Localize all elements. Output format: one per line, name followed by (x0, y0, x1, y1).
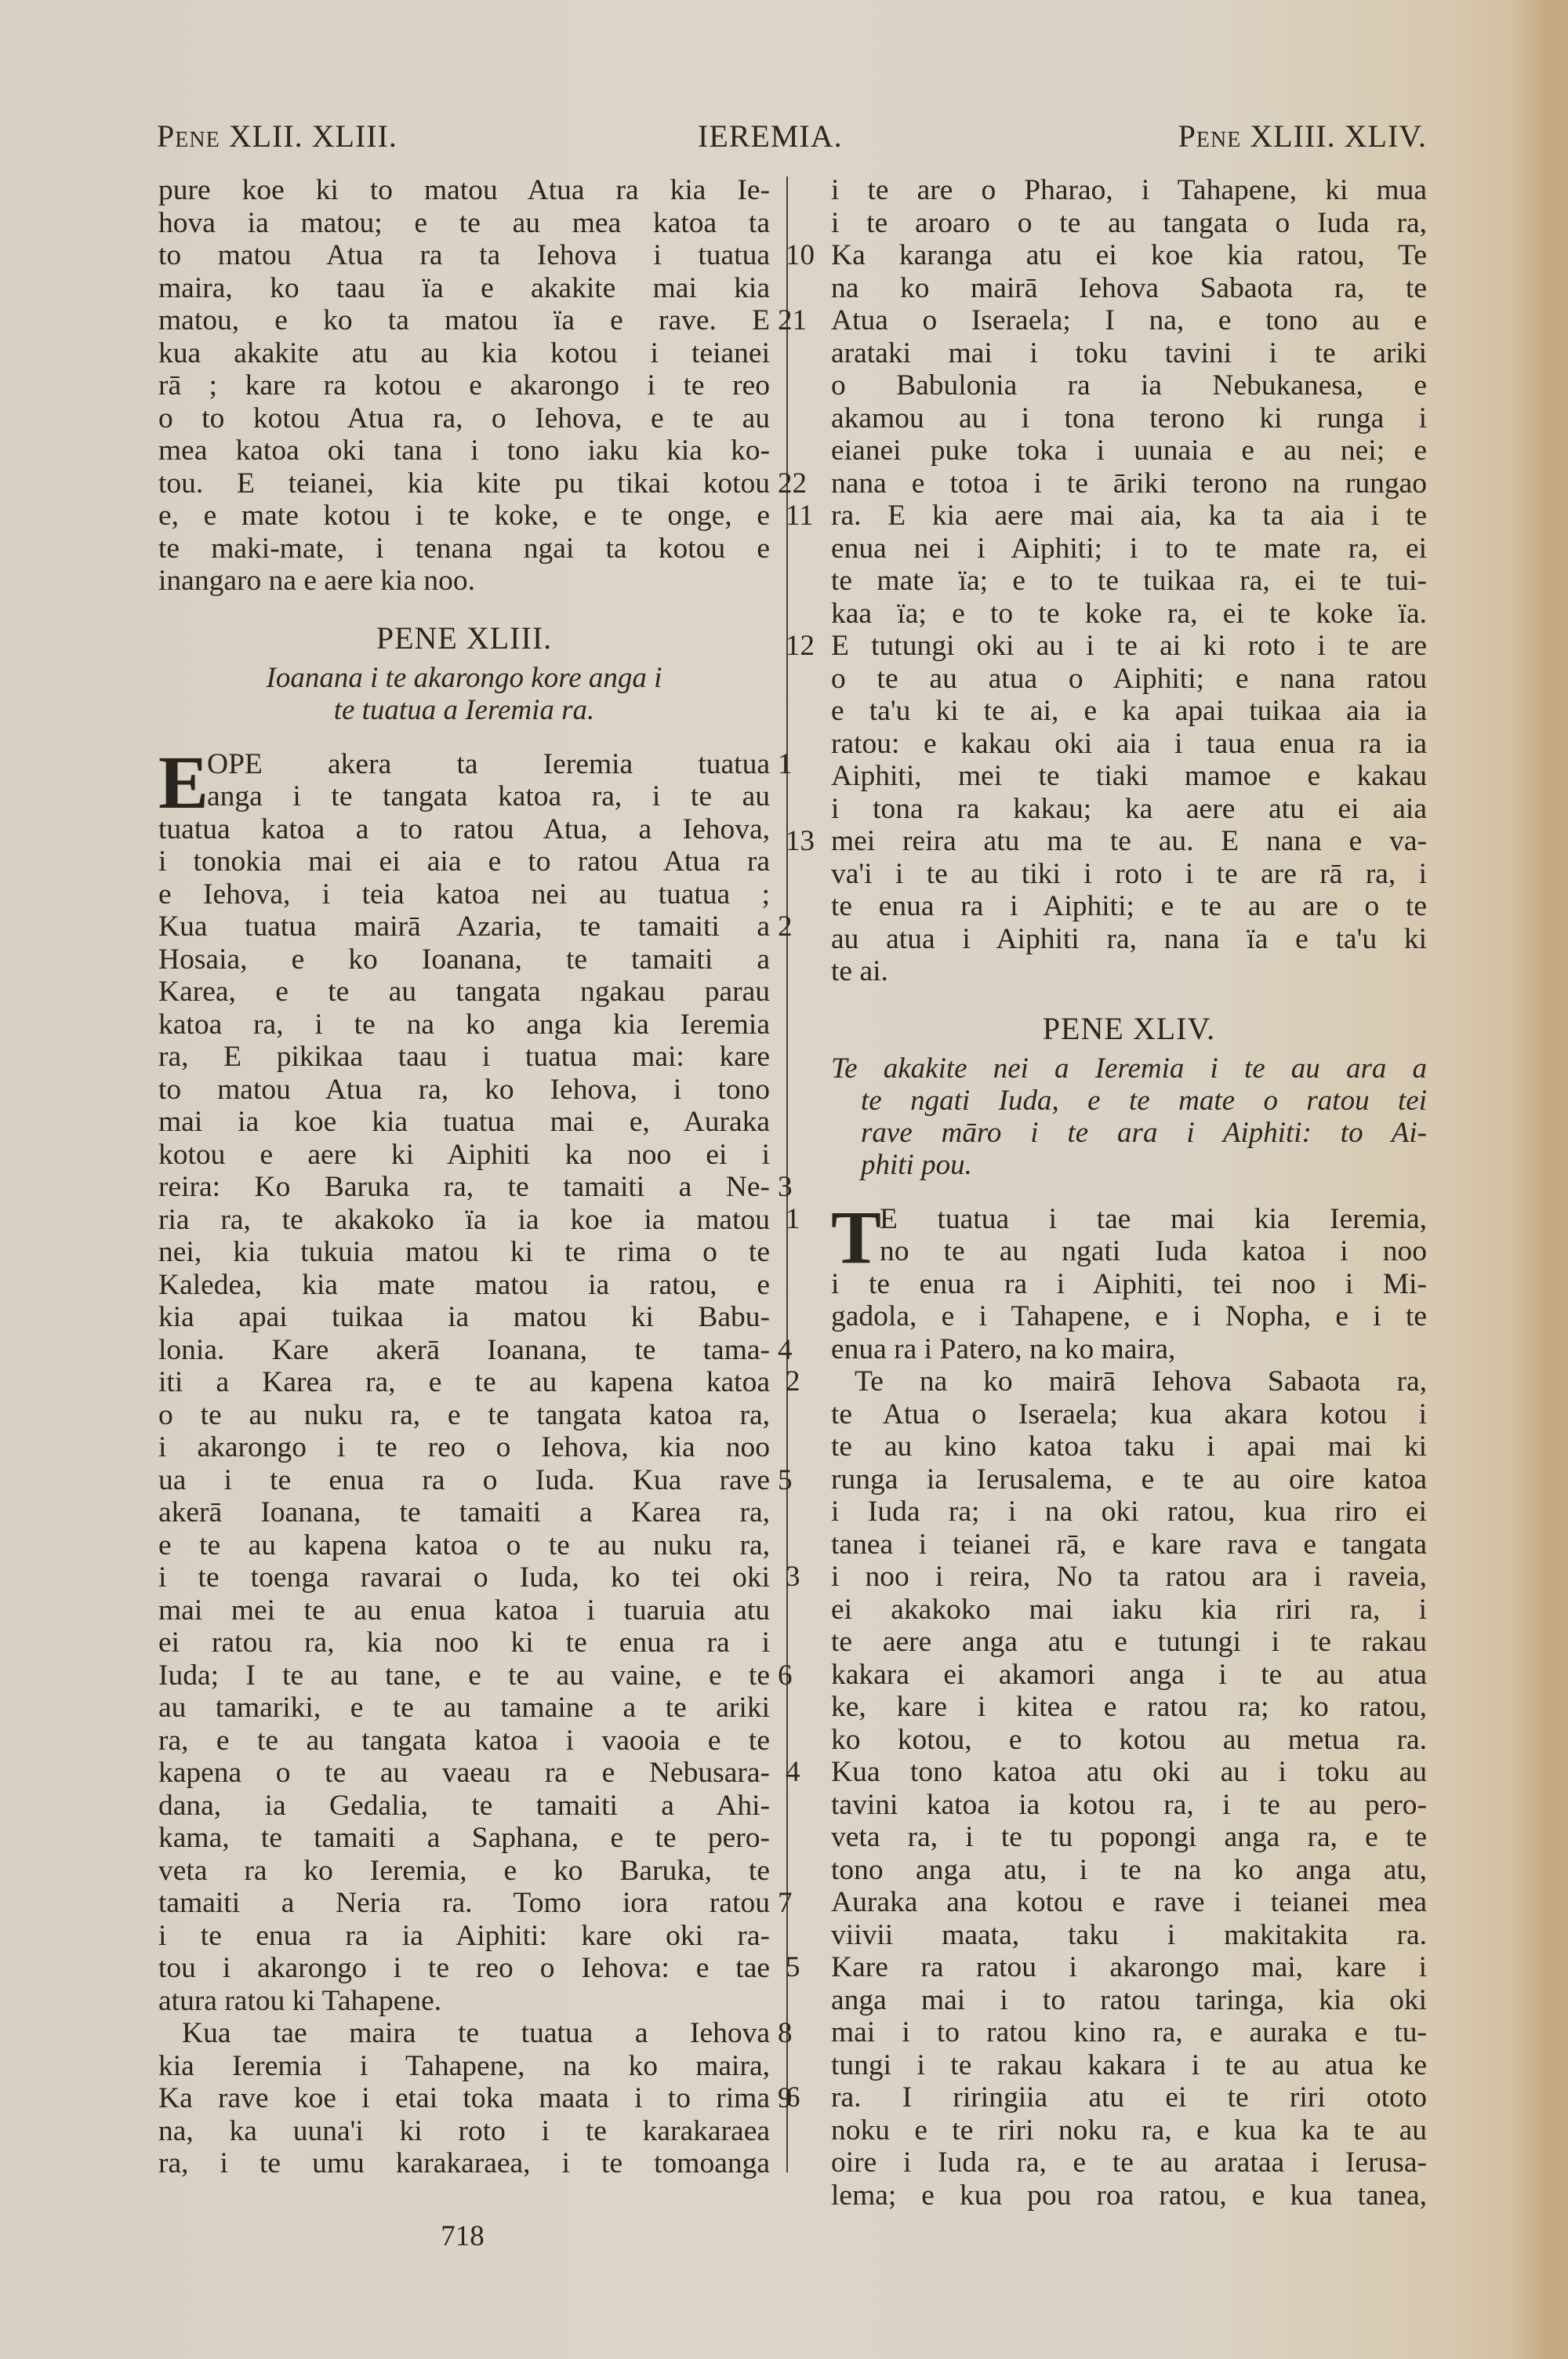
text-line: E tuatua i tae mai kia Ieremia,1 (831, 1203, 1427, 1236)
text-line: maira, ko taau ïa e akakite mai kia (158, 272, 770, 305)
line-text: anga mai i to ratou taringa, kia oki (831, 1984, 1427, 2016)
line-text: E tuatua i tae mai kia Ieremia, (880, 1203, 1427, 1235)
summary-line: te tuatua a Ieremia ra. (158, 694, 770, 726)
line-text: tungi i te rakau kakara i te au atua ke (831, 2049, 1427, 2081)
text-line: matou, e ko ta matou ïa e rave. E21 (158, 304, 770, 337)
verse-number: 6 (786, 2081, 825, 2114)
line-text: no te au ngati Iuda katoa i noo (880, 1235, 1427, 1267)
line-text: Kua tuatua mairā Azaria, te tamaiti a (158, 911, 770, 943)
verse-number: 8 (778, 2017, 825, 2050)
text-line: runga ia Ierusalema, e te au oire katoa (831, 1463, 1427, 1496)
text-line: e te au kapena katoa o te au nuku ra, (158, 1529, 770, 1562)
line-text: Auraka ana kotou e rave i teianei mea (831, 1886, 1427, 1918)
text-line: i te enua ra ia Aiphiti: kare oki ra- (158, 1920, 770, 1953)
line-text: Kare ra ratou i akarongo mai, kare i (831, 1951, 1427, 1983)
right-column: i te are o Pharao, i Tahapene, ki muai t… (831, 174, 1427, 2212)
text-line: mai i to ratou kino ra, e auraka e tu- (831, 2016, 1427, 2049)
text-line: i akarongo i te reo o Iehova, kia noo (158, 1431, 770, 1464)
text-line: anga i te tangata katoa ra, i te au (158, 780, 770, 813)
line-text: tanea i teianei rā, e kare rava e tangat… (831, 1528, 1427, 1561)
text-line: Ka karanga atu ei koe kia ratou, Te10 (831, 239, 1427, 272)
line-text: gadola, e i Tahapene, e i Nopha, e i te (831, 1300, 1427, 1332)
text-line: Kua tuatua mairā Azaria, te tamaiti a2 (158, 911, 770, 943)
line-text: maira, ko taau ïa e akakite mai kia (158, 272, 770, 304)
text-line: anga mai i to ratou taringa, kia oki (831, 1984, 1427, 2017)
text-line: te Atua o Iseraela; kua akara kotou i (831, 1398, 1427, 1431)
text-line: ko kotou, e to kotou au metua ra. (831, 1724, 1427, 1757)
line-text: pure koe ki to matou Atua ra kia Ie- (158, 174, 770, 206)
text-line: ke, kare i kitea e ratou ra; ko ratou, (831, 1691, 1427, 1724)
text-line: te mate ïa; e to te tuikaa ra, ei te tui… (831, 565, 1427, 598)
line-text: kakara ei akamori anga i te au atua (831, 1659, 1427, 1691)
line-text: lema; e kua pou roa ratou, e kua tanea, (831, 2179, 1427, 2212)
line-text: Kua tae maira te tuatua a Iehova (182, 2017, 770, 2049)
line-text: mea katoa oki tana i tono iaku kia ko- (158, 434, 770, 467)
text-line: pure koe ki to matou Atua ra kia Ie- (158, 174, 770, 207)
verse-number: 3 (778, 1171, 825, 1204)
text-line: ra. E kia aere mai aia, ka ta aia i te11 (831, 500, 1427, 533)
line-text: Iuda; I te au tane, e te au vaine, e te (158, 1659, 770, 1692)
text-line: Kaledea, kia mate matou ia ratou, e (158, 1269, 770, 1302)
text-line: i tona ra kakau; ka aere atu ei aia (831, 793, 1427, 826)
text-line: Hosaia, e ko Ioanana, te tamaiti a (158, 943, 770, 976)
text-line: mai mei te au enua katoa i tuaruia atu (158, 1594, 770, 1627)
header-left-chapters: Pene XLII. XLIII. (157, 118, 397, 154)
text-line: Kua tae maira te tuatua a Iehova8 (158, 2017, 770, 2050)
text-line: arataki mai i toku tavini i te ariki (831, 337, 1427, 370)
text-line: e, e mate kotou i te koke, e te onge, e (158, 500, 770, 533)
text-line: Kua tono katoa atu oki au i toku au4 (831, 1756, 1427, 1789)
line-text: i te toenga ravarai o Iuda, ko tei oki (158, 1561, 770, 1594)
summary-line: Te akakite nei a Ieremia i te au ara a (831, 1052, 1427, 1085)
scanned-book-page: Pene XLII. XLIII. IEREMIA. Pene XLIII. X… (0, 0, 1568, 2359)
line-text: mai mei te au enua katoa i tuaruia atu (158, 1594, 770, 1627)
line-text: va'i i te au tiki i roto i te are rā ra,… (831, 858, 1427, 890)
summary-line: te ngati Iuda, e te mate o ratou tei (831, 1085, 1427, 1117)
text-line: akerā Ioanana, te tamaiti a Karea ra, (158, 1496, 770, 1529)
text-line: katoa ra, i te na ko anga kia Ieremia (158, 1009, 770, 1041)
text-line: kia Ieremia i Tahapene, na ko maira, (158, 2050, 770, 2083)
chapter-44-verses: i te enua ra i Aiphiti, tei noo i Mi-gad… (831, 1268, 1427, 2212)
line-text: te aere anga atu e tutungi i te rakau (831, 1626, 1427, 1658)
line-text: au tamariki, e te au tamaine a te ariki (158, 1692, 770, 1724)
chapter-44-opening: T E tuatua i tae mai kia Ieremia,1no te … (831, 1203, 1427, 1268)
text-line: i noo i reira, No ta ratou ara i raveia,… (831, 1561, 1427, 1594)
text-line: tanea i teianei rā, e kare rava e tangat… (831, 1528, 1427, 1561)
line-text: lonia. Kare akerā Ioanana, te tama- (158, 1334, 770, 1366)
line-text: i te are o Pharao, i Tahapene, ki mua (831, 174, 1427, 206)
text-line: te ai. (831, 955, 1427, 988)
line-text: Ka rave koe i etai toka maata i to rima (158, 2082, 770, 2114)
line-text: veta ra, i te tu popongi anga ra, e te (831, 1821, 1427, 1853)
text-line: i te are o Pharao, i Tahapene, ki mua (831, 174, 1427, 207)
line-text: na ko mairā Iehova Sabaota ra, te (831, 272, 1427, 304)
text-line: ra, i te umu karakaraea, i te tomoanga (158, 2147, 770, 2180)
line-text: Kua tono katoa atu oki au i toku au (831, 1756, 1427, 1788)
text-line: ra. I riringiia atu ei te riri ototo6 (831, 2081, 1427, 2114)
line-text: ei ratou ra, kia noo ki te enua ra i (158, 1627, 770, 1659)
text-line: kua akakite atu au kia kotou i teianei (158, 337, 770, 370)
verse-number: 2 (778, 911, 825, 943)
line-text: Te na ko mairā Iehova Sabaota ra, (855, 1365, 1427, 1398)
verse-number: 7 (778, 1887, 825, 1920)
line-text: nana e totoa i te āriki terono na rungao (831, 467, 1427, 500)
line-text: noku e te riri noku ra, e kua ka te au (831, 2114, 1427, 2146)
line-text: Hosaia, e ko Ioanana, te tamaiti a (158, 943, 770, 976)
text-line: kia apai tuikaa ia matou ki Babu- (158, 1301, 770, 1334)
line-text: mai ia koe kia tuatua mai e, Auraka (158, 1106, 770, 1138)
line-text: mei reira atu ma te au. E nana e va- (831, 825, 1427, 857)
verse-number: 5 (778, 1464, 825, 1497)
text-line: o te au nuku ra, e te tangata katoa ra, (158, 1399, 770, 1432)
line-text: kia apai tuikaa ia matou ki Babu- (158, 1301, 770, 1333)
text-line: dana, ia Gedalia, te tamaiti a Ahi- (158, 1790, 770, 1823)
line-text: te mate ïa; e to te tuikaa ra, ei te tui… (831, 565, 1427, 597)
line-text: enua nei i Aiphiti; i to te mate ra, ei (831, 533, 1427, 565)
line-text: tuatua katoa a to ratou Atua, a Iehova, (158, 813, 770, 845)
text-line: tavini katoa ia kotou ra, i te au pero- (831, 1789, 1427, 1822)
line-text: i Iuda ra; i na oki ratou, kua riro ei (831, 1496, 1427, 1528)
chapter-heading-44: PENE XLIV. (831, 1012, 1427, 1046)
line-text: Karea, e te au tangata ngakau parau (158, 976, 770, 1008)
chapter-43-opening: E OPE akera ta Ieremia tuatua1anga i te … (158, 748, 770, 813)
line-text: te maki-mate, i tenana ngai ta kotou e (158, 533, 770, 565)
text-line: hova ia matou; e te au mea katoa ta (158, 207, 770, 240)
text-line: atura ratou ki Tahapene. (158, 1985, 770, 2018)
line-text: kaa ïa; e to te koke ra, ei te koke ïa. (831, 598, 1427, 630)
text-line: Te na ko mairā Iehova Sabaota ra,2 (831, 1365, 1427, 1398)
line-text: ra, E pikikaa taau i tuatua mai: kare (158, 1041, 770, 1073)
text-line: te enua ra i Aiphiti; e te au are o te (831, 890, 1427, 923)
verse-number: 6 (778, 1659, 825, 1692)
text-line: Auraka ana kotou e rave i teianei mea (831, 1886, 1427, 1919)
text-line: mea katoa oki tana i tono iaku kia ko- (158, 434, 770, 467)
line-text: oire i Iuda ra, e te au arataa i Ierusa- (831, 2146, 1427, 2179)
line-text: te enua ra i Aiphiti; e te au are o te (831, 890, 1427, 922)
line-text: eianei puke toka i uunaia e au nei; e (831, 434, 1427, 467)
line-text: i te enua ra ia Aiphiti: kare oki ra- (158, 1920, 770, 1952)
text-line: mei reira atu ma te au. E nana e va-13 (831, 825, 1427, 858)
line-text: te Atua o Iseraela; kua akara kotou i (831, 1398, 1427, 1430)
text-line: veta ra, i te tu popongi anga ra, e te (831, 1821, 1427, 1854)
line-text: mai i to ratou kino ra, e auraka e tu- (831, 2016, 1427, 2048)
text-line: ua i te enua ra o Iuda. Kua rave5 (158, 1464, 770, 1497)
text-line: na ko mairā Iehova Sabaota ra, te (831, 272, 1427, 305)
text-line: tamaiti a Neria ra. Tomo iora ratou7 (158, 1887, 770, 1920)
line-text: i noo i reira, No ta ratou ara i raveia, (831, 1561, 1427, 1593)
chapter-43-verses: tuatua katoa a to ratou Atua, a Iehova,i… (158, 813, 770, 2180)
line-text: o Babulonia ra ia Nebukanesa, e (831, 369, 1427, 402)
text-line: Iuda; I te au tane, e te au vaine, e te6 (158, 1659, 770, 1692)
line-text: tavini katoa ia kotou ra, i te au pero- (831, 1789, 1427, 1821)
line-text: ke, kare i kitea e ratou ra; ko ratou, (831, 1691, 1427, 1723)
text-line: rā ; kare ra kotou e akarongo i te reo (158, 369, 770, 402)
verse-number: 11 (786, 500, 825, 533)
text-line: iti a Karea ra, e te au kapena katoa (158, 1366, 770, 1399)
line-text: i te aroaro o te au tangata o Iuda ra, (831, 207, 1427, 239)
line-text: ratou: e kakau oki aia i taua enua ra ia (831, 728, 1427, 760)
text-line: enua nei i Aiphiti; i to te mate ra, ei (831, 533, 1427, 565)
line-text: au atua i Aiphiti ra, nana ïa e ta'u ki (831, 923, 1427, 955)
text-line: tou. E teianei, kia kite pu tikai kotou2… (158, 467, 770, 500)
text-line: inangaro na e aere kia noo. (158, 565, 770, 598)
chapter-44-summary: Te akakite nei a Ieremia i te au ara ate… (831, 1052, 1427, 1181)
text-line: Atua o Iseraela; I na, e tono au e (831, 304, 1427, 337)
chapter-42-continuation: pure koe ki to matou Atua ra kia Ie-hova… (158, 174, 770, 598)
line-text: atura ratou ki Tahapene. (158, 1985, 441, 2017)
text-line: te maki-mate, i tenana ngai ta kotou e (158, 533, 770, 565)
text-line: ria ra, te akakoko ïa ia koe ia matou (158, 1204, 770, 1237)
text-line: i te toenga ravarai o Iuda, ko tei oki (158, 1561, 770, 1594)
text-line: lonia. Kare akerā Ioanana, te tama-4 (158, 1334, 770, 1367)
text-line: nana e totoa i te āriki terono na rungao (831, 467, 1427, 500)
line-text: i te enua ra i Aiphiti, tei noo i Mi- (831, 1268, 1427, 1300)
text-line: te au kino katoa taku i apai mai ki (831, 1430, 1427, 1463)
line-text: o te au nuku ra, e te tangata katoa ra, (158, 1399, 770, 1431)
text-line: ra, E pikikaa taau i tuatua mai: kare (158, 1041, 770, 1074)
line-text: dana, ia Gedalia, te tamaiti a Ahi- (158, 1790, 770, 1822)
line-text: kama, te tamaiti a Saphana, e te pero- (158, 1822, 770, 1854)
line-text: anga i te tangata katoa ra, i te au (207, 780, 770, 812)
line-text: kapena o te au vaeau ra e Nebusara- (158, 1757, 770, 1789)
text-line: nei, kia tukuia matou ki te rima o te (158, 1236, 770, 1269)
line-text: katoa ra, i te na ko anga kia Ieremia (158, 1009, 770, 1041)
text-line: au tamariki, e te au tamaine a te ariki (158, 1692, 770, 1725)
text-line: kama, te tamaiti a Saphana, e te pero- (158, 1822, 770, 1855)
line-text: Kaledea, kia mate matou ia ratou, e (158, 1269, 770, 1301)
text-line: to matou Atua ra ta Iehova i tuatua (158, 239, 770, 272)
line-text: e te au kapena katoa o te au nuku ra, (158, 1529, 770, 1561)
line-text: akamou au i tona terono ki runga i (831, 402, 1427, 434)
text-line: Aiphiti, mei te tiaki mamoe e kakau (831, 760, 1427, 793)
text-line: noku e te riri noku ra, e kua ka te au (831, 2114, 1427, 2147)
line-text: Aiphiti, mei te tiaki mamoe e kakau (831, 760, 1427, 792)
line-text: ei akakoko mai iaku kia riri ra, i (831, 1594, 1427, 1626)
left-column: pure koe ki to matou Atua ra kia Ie-hova… (158, 174, 770, 2180)
text-line: tungi i te rakau kakara i te au atua ke (831, 2049, 1427, 2082)
line-text: to matou Atua ra, ko Iehova, i tono (158, 1074, 770, 1106)
chapter-43-continuation: i te are o Pharao, i Tahapene, ki muai t… (831, 174, 1427, 988)
line-text: ra, e te au tangata katoa i vaooia e te (158, 1725, 770, 1757)
line-text: e, e mate kotou i te koke, e te onge, e (158, 500, 770, 532)
text-line: ei akakoko mai iaku kia riri ra, i (831, 1594, 1427, 1627)
text-line: i Iuda ra; i na oki ratou, kua riro ei (831, 1496, 1427, 1528)
verse-number: 13 (786, 825, 825, 858)
text-line: o to kotou Atua ra, o Iehova, e te au (158, 402, 770, 435)
line-text: enua ra i Patero, na ko maira, (831, 1333, 1175, 1365)
line-text: ua i te enua ra o Iuda. Kua rave (158, 1464, 770, 1496)
text-line: ra, e te au tangata katoa i vaooia e te (158, 1725, 770, 1757)
text-line: ei ratou ra, kia noo ki te enua ra i (158, 1627, 770, 1659)
line-text: kua akakite atu au kia kotou i teianei (158, 337, 770, 369)
line-text: o te au atua o Aiphiti; e nana ratou (831, 663, 1427, 695)
text-line: te aere anga atu e tutungi i te rakau (831, 1626, 1427, 1659)
line-text: ko kotou, e to kotou au metua ra. (831, 1724, 1427, 1756)
line-text: ra, i te umu karakaraea, i te tomoanga (158, 2147, 770, 2179)
line-text: na, ka uuna'i ki roto i te karakaraea (158, 2115, 770, 2147)
text-line: va'i i te au tiki i roto i te are rā ra,… (831, 858, 1427, 891)
text-line: e ta'u ki te ai, e ka apai tuikaa aia ia (831, 695, 1427, 728)
verse-number: 1 (786, 1203, 825, 1236)
page-number: 718 (423, 2219, 502, 2253)
line-text: veta ra ko Ieremia, e ko Baruka, te (158, 1855, 770, 1887)
text-line: oire i Iuda ra, e te au arataa i Ierusa- (831, 2146, 1427, 2179)
line-text: o to kotou Atua ra, o Iehova, e te au (158, 402, 770, 434)
line-text: i tonokia mai ei aia e to ratou Atua ra (158, 845, 770, 878)
text-line: i te enua ra i Aiphiti, tei noo i Mi- (831, 1268, 1427, 1301)
line-text: E tutungi oki au i te ai ki roto i te ar… (831, 630, 1427, 662)
text-line: na, ka uuna'i ki roto i te karakaraea (158, 2115, 770, 2148)
verse-number: 22 (778, 467, 825, 500)
line-text: arataki mai i toku tavini i te ariki (831, 337, 1427, 369)
verse-number: 3 (786, 1561, 825, 1594)
chapter-heading-43: PENE XLIII. (158, 621, 770, 656)
line-text: hova ia matou; e te au mea katoa ta (158, 207, 770, 239)
line-text: OPE akera ta Ieremia tuatua (207, 748, 770, 780)
text-line: veta ra ko Ieremia, e ko Baruka, te (158, 1855, 770, 1888)
line-text: Atua o Iseraela; I na, e tono au e (831, 304, 1427, 336)
summary-line: Ioanana i te akarongo kore anga i (158, 662, 770, 694)
line-text: tamaiti a Neria ra. Tomo iora ratou (158, 1887, 770, 1919)
text-line: Karea, e te au tangata ngakau parau (158, 976, 770, 1009)
text-line: akamou au i tona terono ki runga i (831, 402, 1427, 435)
text-line: to matou Atua ra, ko Iehova, i tono (158, 1074, 770, 1107)
text-line: tou i akarongo i te reo o Iehova: e tae (158, 1952, 770, 1985)
verse-number: 1 (778, 748, 825, 781)
line-text: viivii maata, taku i makitakita ra. (831, 1919, 1427, 1951)
text-line: e Iehova, i teia katoa nei au tuatua ; (158, 878, 770, 911)
line-text: akerā Ioanana, te tamaiti a Karea ra, (158, 1496, 770, 1528)
text-line: kaa ïa; e to te koke ra, ei te koke ïa. (831, 598, 1427, 631)
line-text: reira: Ko Baruka ra, te tamaiti a Ne- (158, 1171, 770, 1203)
line-text: tou. E teianei, kia kite pu tikai kotou (158, 467, 770, 500)
line-text: inangaro na e aere kia noo. (158, 565, 475, 597)
page-gutter-shadow (1513, 0, 1568, 2359)
line-text: te ai. (831, 955, 888, 987)
text-line: Ka rave koe i etai toka maata i to rima9 (158, 2082, 770, 2115)
verse-number: 4 (786, 1756, 825, 1789)
line-text: tono anga atu, i te na ko anga atu, (831, 1854, 1427, 1886)
text-line: kotou e aere ki Aiphiti ka noo ei i (158, 1139, 770, 1172)
text-line: no te au ngati Iuda katoa i noo (831, 1235, 1427, 1268)
line-text: kotou e aere ki Aiphiti ka noo ei i (158, 1139, 770, 1171)
verse-number: 2 (786, 1365, 825, 1398)
line-text: te au kino katoa taku i apai mai ki (831, 1430, 1427, 1463)
verse-number: 21 (778, 304, 825, 337)
chapter-43-summary: Ioanana i te akarongo kore anga ite tuat… (158, 662, 770, 726)
line-text: matou, e ko ta matou ïa e rave. E (158, 304, 770, 336)
line-text: iti a Karea ra, e te au kapena katoa (158, 1366, 770, 1398)
line-text: runga ia Ierusalema, e te au oire katoa (831, 1463, 1427, 1496)
running-header: Pene XLII. XLIII. IEREMIA. Pene XLIII. X… (157, 118, 1427, 165)
text-line: au atua i Aiphiti ra, nana ïa e ta'u ki (831, 923, 1427, 956)
line-text: ra. I riringiia atu ei te riri ototo (831, 2081, 1427, 2114)
text-line: lema; e kua pou roa ratou, e kua tanea, (831, 2179, 1427, 2212)
verse-number: 12 (786, 630, 825, 663)
line-text: ra. E kia aere mai aia, ka ta aia i te (831, 500, 1427, 532)
text-line: o te au atua o Aiphiti; e nana ratou (831, 663, 1427, 696)
text-line: viivii maata, taku i makitakita ra. (831, 1919, 1427, 1952)
text-line: gadola, e i Tahapene, e i Nopha, e i te (831, 1300, 1427, 1333)
line-text: e ta'u ki te ai, e ka apai tuikaa aia ia (831, 695, 1427, 727)
text-line: kapena o te au vaeau ra e Nebusara- (158, 1757, 770, 1790)
text-line: ratou: e kakau oki aia i taua enua ra ia (831, 728, 1427, 761)
text-line: tono anga atu, i te na ko anga atu, (831, 1854, 1427, 1887)
text-line: o Babulonia ra ia Nebukanesa, e (831, 369, 1427, 402)
text-line: OPE akera ta Ieremia tuatua1 (158, 748, 770, 781)
text-line: enua ra i Patero, na ko maira, (831, 1333, 1427, 1366)
summary-line: rave māro i te ara i Aiphiti: to Ai- (831, 1117, 1427, 1149)
text-line: Kare ra ratou i akarongo mai, kare i5 (831, 1951, 1427, 1984)
header-book-title: IEREMIA. (698, 118, 843, 154)
line-text: tou i akarongo i te reo o Iehova: e tae (158, 1952, 770, 1984)
line-text: e Iehova, i teia katoa nei au tuatua ; (158, 878, 770, 911)
text-line: reira: Ko Baruka ra, te tamaiti a Ne-3 (158, 1171, 770, 1204)
text-line: eianei puke toka i uunaia e au nei; e (831, 434, 1427, 467)
text-line: i tonokia mai ei aia e to ratou Atua ra (158, 845, 770, 878)
text-line: tuatua katoa a to ratou Atua, a Iehova, (158, 813, 770, 846)
verse-number: 4 (778, 1334, 825, 1367)
summary-line: phiti pou. (831, 1149, 1427, 1181)
text-line: E tutungi oki au i te ai ki roto i te ar… (831, 630, 1427, 663)
verse-number: 5 (786, 1951, 825, 1984)
text-line: kakara ei akamori anga i te au atua (831, 1659, 1427, 1692)
line-text: rā ; kare ra kotou e akarongo i te reo (158, 369, 770, 402)
line-text: kia Ieremia i Tahapene, na ko maira, (158, 2050, 770, 2082)
line-text: i tona ra kakau; ka aere atu ei aia (831, 793, 1427, 825)
verse-number: 10 (786, 239, 825, 272)
text-line: i te aroaro o te au tangata o Iuda ra, (831, 207, 1427, 240)
line-text: nei, kia tukuia matou ki te rima o te (158, 1236, 770, 1268)
text-line: mai ia koe kia tuatua mai e, Auraka (158, 1106, 770, 1139)
line-text: to matou Atua ra ta Iehova i tuatua (158, 239, 770, 271)
header-right-chapters: Pene XLIII. XLIV. (1178, 118, 1427, 154)
line-text: i akarongo i te reo o Iehova, kia noo (158, 1431, 770, 1463)
line-text: ria ra, te akakoko ïa ia koe ia matou (158, 1204, 770, 1236)
line-text: Ka karanga atu ei koe kia ratou, Te (831, 239, 1427, 271)
